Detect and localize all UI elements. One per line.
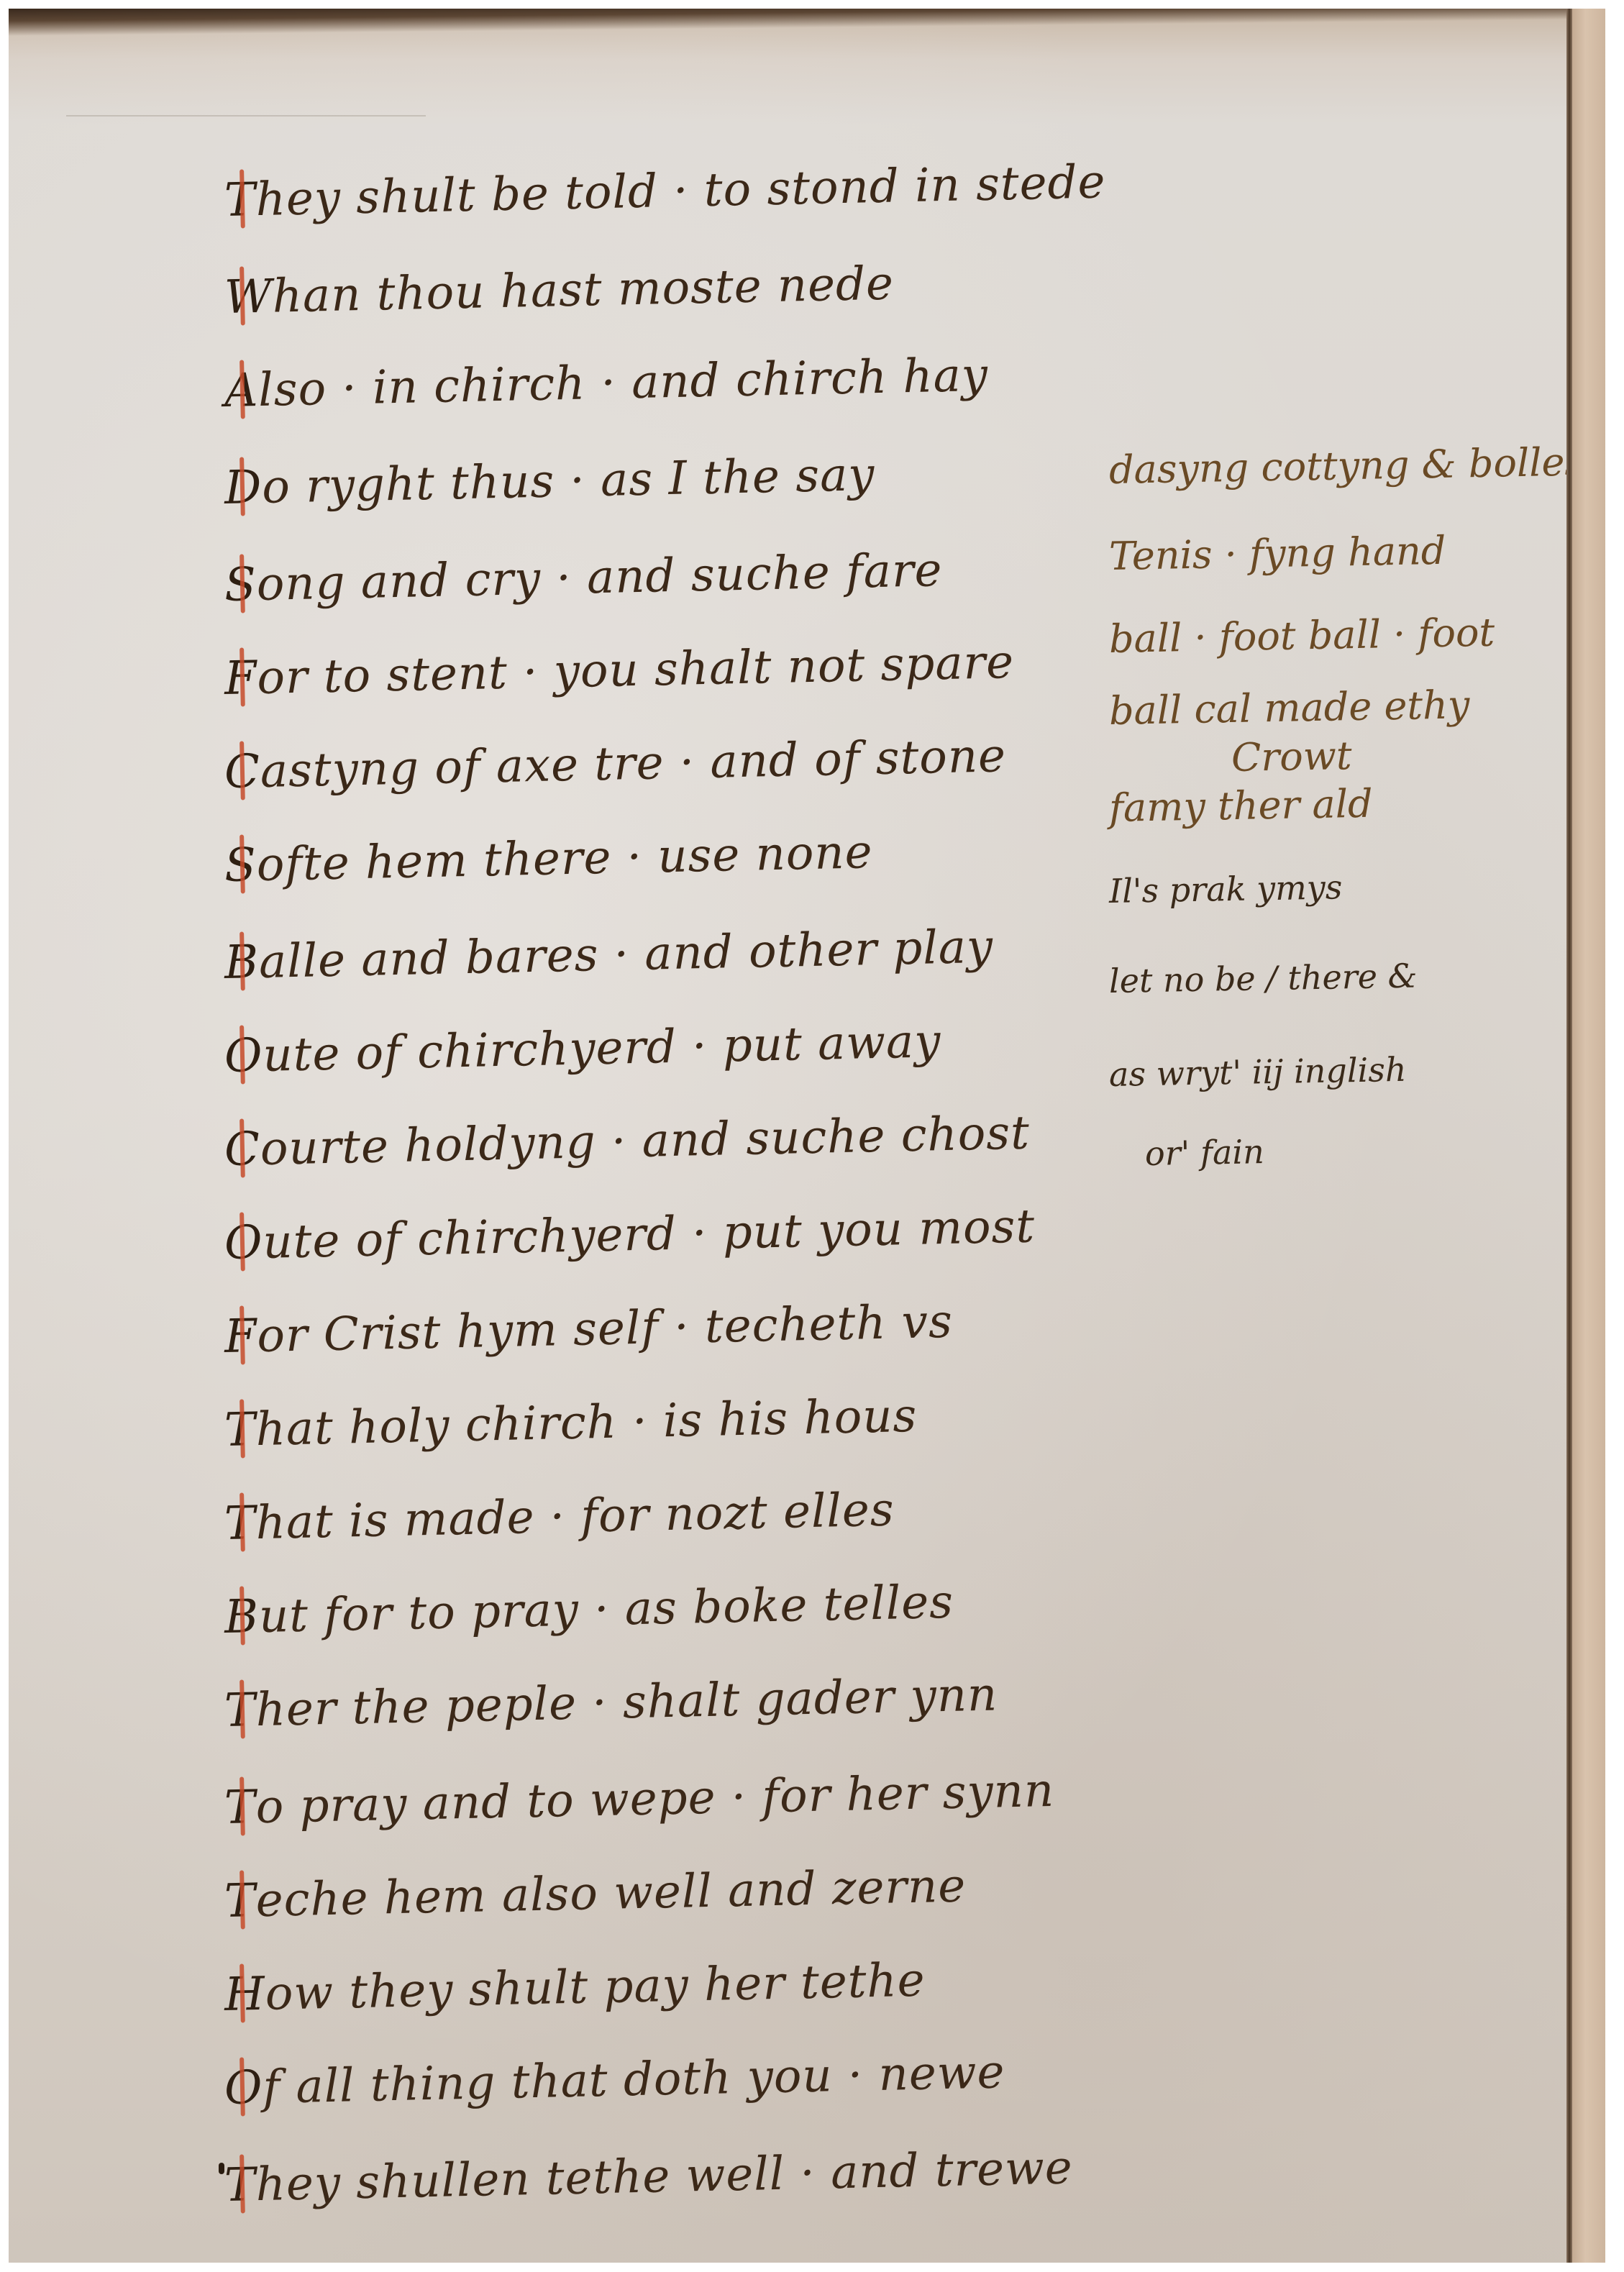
verse-text: or Crist hym self · techeth vs	[257, 1295, 954, 1363]
verse-line: They shult be told · to stond in stede	[224, 155, 1106, 227]
marginal-note: or' fain	[1145, 1132, 1265, 1173]
verse-text: ofte hem there · use none	[256, 826, 873, 892]
verse-line: Oute of chirchyerd · put away	[224, 1015, 941, 1083]
line-initial: C	[224, 1123, 261, 1177]
verse-text: ong and cry · and suche fare	[256, 544, 943, 611]
verse-line: They shullen tethe well · and trewe	[224, 2141, 1073, 2212]
verse-line: Castyng of axe tre · and of stone	[224, 729, 1006, 799]
verse-text: astyng of axe tre · and of stone	[260, 729, 1006, 798]
line-initial: T	[224, 173, 256, 227]
manuscript-photo: They shult be told · to stond in stedeWh…	[9, 9, 1605, 2263]
line-initial: F	[224, 652, 257, 706]
verse-text: ute of chirchyerd · put away	[263, 1015, 941, 1082]
verse-line: For to stent · you shalt not spare	[224, 636, 1014, 706]
marginal-note: let no be / there &	[1109, 957, 1418, 1000]
verse-text: hey shullen tethe well · and trewe	[255, 2141, 1073, 2212]
verse-text: eche hem also well and zerne	[255, 1859, 967, 1927]
verse-text: o pray and to wepe · for her synn	[255, 1764, 1055, 1834]
line-initial: T	[224, 1874, 256, 1928]
verse-text: or to stent · you shalt not spare	[257, 636, 1015, 705]
marginal-note: dasyng cottyng & bolles	[1108, 439, 1584, 493]
line-initial: B	[224, 1590, 260, 1644]
verse-line: Whan thou hast moste nede	[224, 257, 894, 324]
line-initial: W	[224, 270, 273, 324]
binding-gutter	[1566, 9, 1572, 2263]
initial-letter: W	[224, 270, 273, 324]
verse-line: Of all thing that doth you · newe	[224, 2045, 1005, 2115]
line-initial: D	[224, 461, 263, 515]
verse-line: Softe hem there · use none	[224, 826, 873, 893]
verse-text: ut for to pray · as boke telles	[258, 1576, 954, 1643]
verse-line: How they shult pay her tethe	[224, 1954, 926, 2022]
verse-line: Do ryght thus · as I the say	[224, 448, 875, 515]
page-top-shadow	[9, 9, 1571, 36]
manuscript-page: They shult be told · to stond in stedeWh…	[9, 9, 1571, 2263]
verse-text: ute of chirchyerd · put you most	[263, 1200, 1036, 1269]
line-initial: F	[224, 1310, 257, 1364]
verse-line: But for to pray · as boke telles	[224, 1576, 954, 1644]
marginal-note: famy ther ald	[1108, 781, 1373, 831]
line-initial: S	[224, 839, 257, 893]
verse-line: Teche hem also well and zerne	[224, 1859, 967, 1928]
line-initial: H	[224, 1968, 265, 2022]
verse-line: Oute of chirchyerd · put you most	[224, 1200, 1036, 1270]
verse-line: To pray and to wepe · for her synn	[224, 1764, 1055, 1835]
line-initial: O	[224, 2061, 263, 2115]
verse-text: alle and bares · and other play	[258, 921, 994, 989]
marginal-note: Il's prak ymys	[1109, 867, 1343, 911]
verse-text: her the peple · shalt gader ynn	[255, 1668, 998, 1737]
marginal-note: as wryt' iij inglish	[1109, 1050, 1407, 1094]
verse-text: f all thing that doth you · newe	[263, 2045, 1005, 2114]
verse-text: hat holy chirch · is his hous	[255, 1390, 918, 1456]
marginal-note: Tenis · fyng hand	[1108, 528, 1446, 579]
verse-line: For Crist hym self · techeth vs	[224, 1295, 953, 1364]
verse-text: lso · in chirch · and chirch hay	[257, 349, 988, 417]
verse-line: Courte holdyng · and suche chost	[224, 1107, 1030, 1177]
verse-line: Ther the peple · shalt gader ynn	[224, 1668, 998, 1738]
marginal-note: Crowt	[1231, 733, 1352, 780]
verse-text: hey shult be told · to stond in stede	[255, 155, 1106, 227]
line-initial: T	[224, 1684, 256, 1738]
verse-text: o ryght thus · as I the say	[262, 448, 876, 514]
line-initial: A	[224, 364, 259, 418]
line-initial: T	[224, 1497, 256, 1551]
verse-text: ow they shult pay her tethe	[265, 1954, 926, 2021]
verse-text: hat is made · for nozt elles	[255, 1483, 895, 1550]
marginal-note: ball cal made ethy	[1108, 682, 1469, 734]
line-initial: O	[224, 1216, 263, 1270]
ink-blot	[219, 2163, 224, 2174]
ruling-line	[66, 115, 426, 117]
adjacent-leaf-edge	[1572, 9, 1605, 2263]
verse-line: That holy chirch · is his hous	[224, 1390, 918, 1457]
verse-line: Song and cry · and suche fare	[224, 544, 943, 612]
line-initial: B	[224, 936, 260, 990]
verse-line: Balle and bares · and other play	[224, 921, 994, 990]
marginal-note: ball · foot ball · foot	[1108, 610, 1495, 662]
verse-line: Also · in chirch · and chirch hay	[224, 349, 988, 418]
line-initial: T	[224, 1781, 256, 1835]
line-initial: O	[224, 1029, 263, 1083]
line-initial: S	[224, 558, 257, 612]
verse-line: That is made · for nozt elles	[224, 1483, 895, 1550]
verse-text: ourte holdyng · and suche chost	[260, 1107, 1030, 1176]
line-initial: C	[224, 745, 261, 799]
verse-text: han thou hast moste nede	[272, 257, 895, 324]
line-initial: T	[224, 1403, 256, 1457]
line-initial: T	[224, 2158, 256, 2212]
